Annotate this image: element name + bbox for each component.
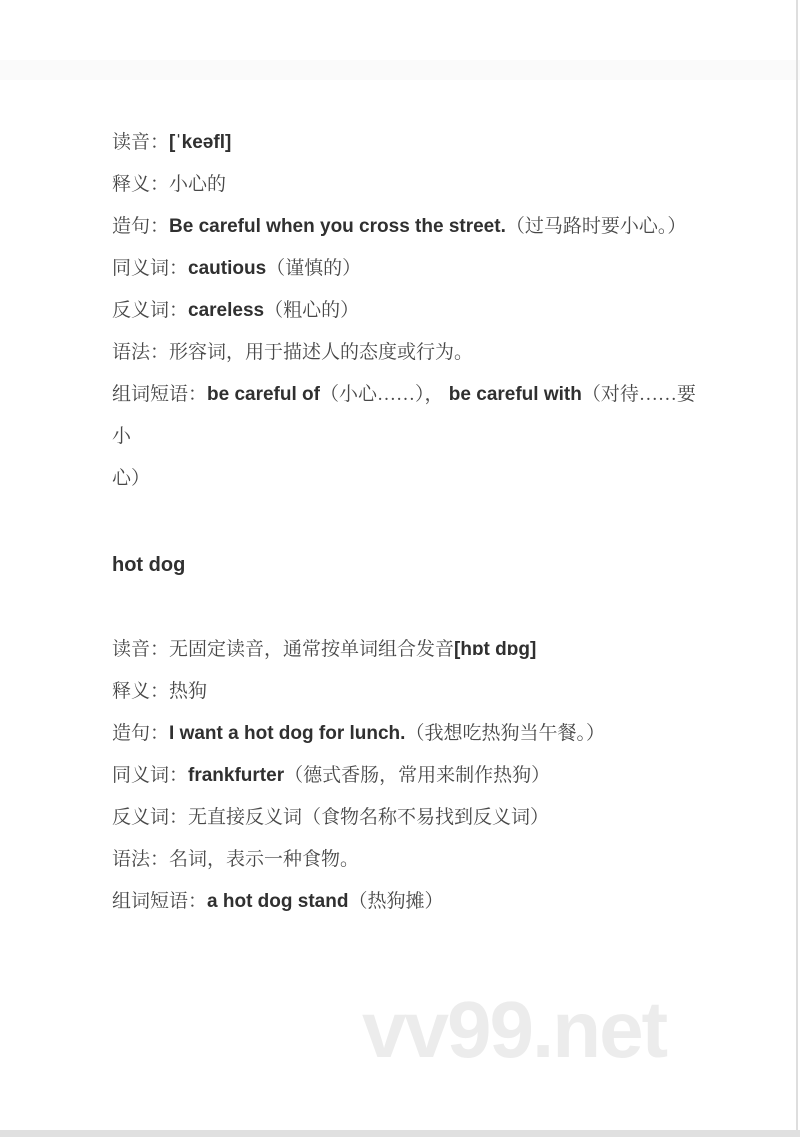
chinese-segment: 同义词： (112, 765, 188, 786)
text-line: 造句：Be careful when you cross the street.… (112, 206, 712, 248)
english-segment: Be careful when you cross the street. (169, 216, 506, 237)
chinese-segment: （我想吃热狗当午餐。） (405, 723, 605, 744)
chinese-segment: 语法：名词，表示一种食物。 (112, 849, 359, 870)
text-line: 造句：I want a hot dog for lunch.（我想吃热狗当午餐。… (112, 713, 712, 755)
text-line: 组词短语：a hot dog stand（热狗摊） (112, 881, 712, 923)
text-line: 同义词：frankfurter（德式香肠，常用来制作热狗） (112, 755, 712, 797)
chinese-segment: 造句： (112, 723, 169, 744)
english-segment: be careful with (444, 384, 582, 405)
chinese-segment: 同义词： (112, 258, 188, 279)
text-line: 释义：小心的 (112, 164, 712, 206)
chinese-segment: （小心……）， (320, 384, 444, 405)
text-line: 同义词：cautious（谨慎的） (112, 248, 712, 290)
text-line: 反义词：careless（粗心的） (112, 290, 712, 332)
english-segment: a hot dog stand (207, 891, 348, 912)
chinese-segment: （过马路时要小心。） (506, 216, 687, 237)
chinese-segment: 组词短语： (112, 384, 207, 405)
chinese-segment: 释义：小心的 (112, 174, 226, 195)
page-bottom-edge (0, 1130, 800, 1137)
english-segment: frankfurter (188, 765, 284, 786)
chinese-segment: 组词短语： (112, 891, 207, 912)
chinese-segment: （谨慎的） (266, 258, 361, 279)
page-right-border (796, 0, 798, 1137)
watermark: vv99.net (362, 984, 666, 1076)
chinese-segment: 造句： (112, 216, 169, 237)
chinese-segment: （热狗摊） (348, 891, 443, 912)
chinese-segment: 语法：形容词，用于描述人的态度或行为。 (112, 342, 473, 363)
word-entry: 读音：[ˈkeəfl]释义：小心的造句：Be careful when you … (112, 122, 712, 500)
text-line: 读音：[ˈkeəfl] (112, 122, 712, 164)
text-line: 语法：形容词，用于描述人的态度或行为。 (112, 332, 712, 374)
word-heading-text: hot dog (112, 554, 185, 576)
text-line: 组词短语：be careful of（小心……）， be careful wit… (112, 374, 712, 500)
english-segment: cautious (188, 258, 266, 279)
chinese-segment: 反义词： (112, 300, 188, 321)
chinese-segment: 心） (112, 468, 150, 489)
text-line: 读音：无固定读音，通常按单词组合发音[hɒt dɒɡ] (112, 629, 712, 671)
entries: 读音：[ˈkeəfl]释义：小心的造句：Be careful when you … (112, 122, 712, 923)
chinese-segment: 读音： (112, 132, 169, 153)
text-line: 释义：热狗 (112, 671, 712, 713)
word-entry: hot dog读音：无固定读音，通常按单词组合发音[hɒt dɒɡ]释义：热狗造… (112, 544, 712, 923)
word-heading: hot dog (112, 544, 712, 586)
english-segment: careless (188, 300, 264, 321)
english-segment: [ˈkeəfl] (169, 132, 231, 153)
chinese-segment: 反义词：无直接反义词（食物名称不易找到反义词） (112, 807, 549, 828)
chinese-segment: （德式香肠，常用来制作热狗） (284, 765, 550, 786)
english-segment: be careful of (207, 384, 320, 405)
english-segment: [hɒt dɒɡ] (454, 639, 536, 660)
english-segment: I want a hot dog for lunch. (169, 723, 405, 744)
chinese-segment: （粗心的） (264, 300, 359, 321)
chinese-segment: 读音：无固定读音，通常按单词组合发音 (112, 639, 454, 660)
page-top-shadow (0, 60, 800, 80)
text-line: 语法：名词，表示一种食物。 (112, 839, 712, 881)
text-line: 反义词：无直接反义词（食物名称不易找到反义词） (112, 797, 712, 839)
document-page: 读音：[ˈkeəfl]释义：小心的造句：Be careful when you … (0, 0, 800, 1137)
chinese-segment: 释义：热狗 (112, 681, 207, 702)
